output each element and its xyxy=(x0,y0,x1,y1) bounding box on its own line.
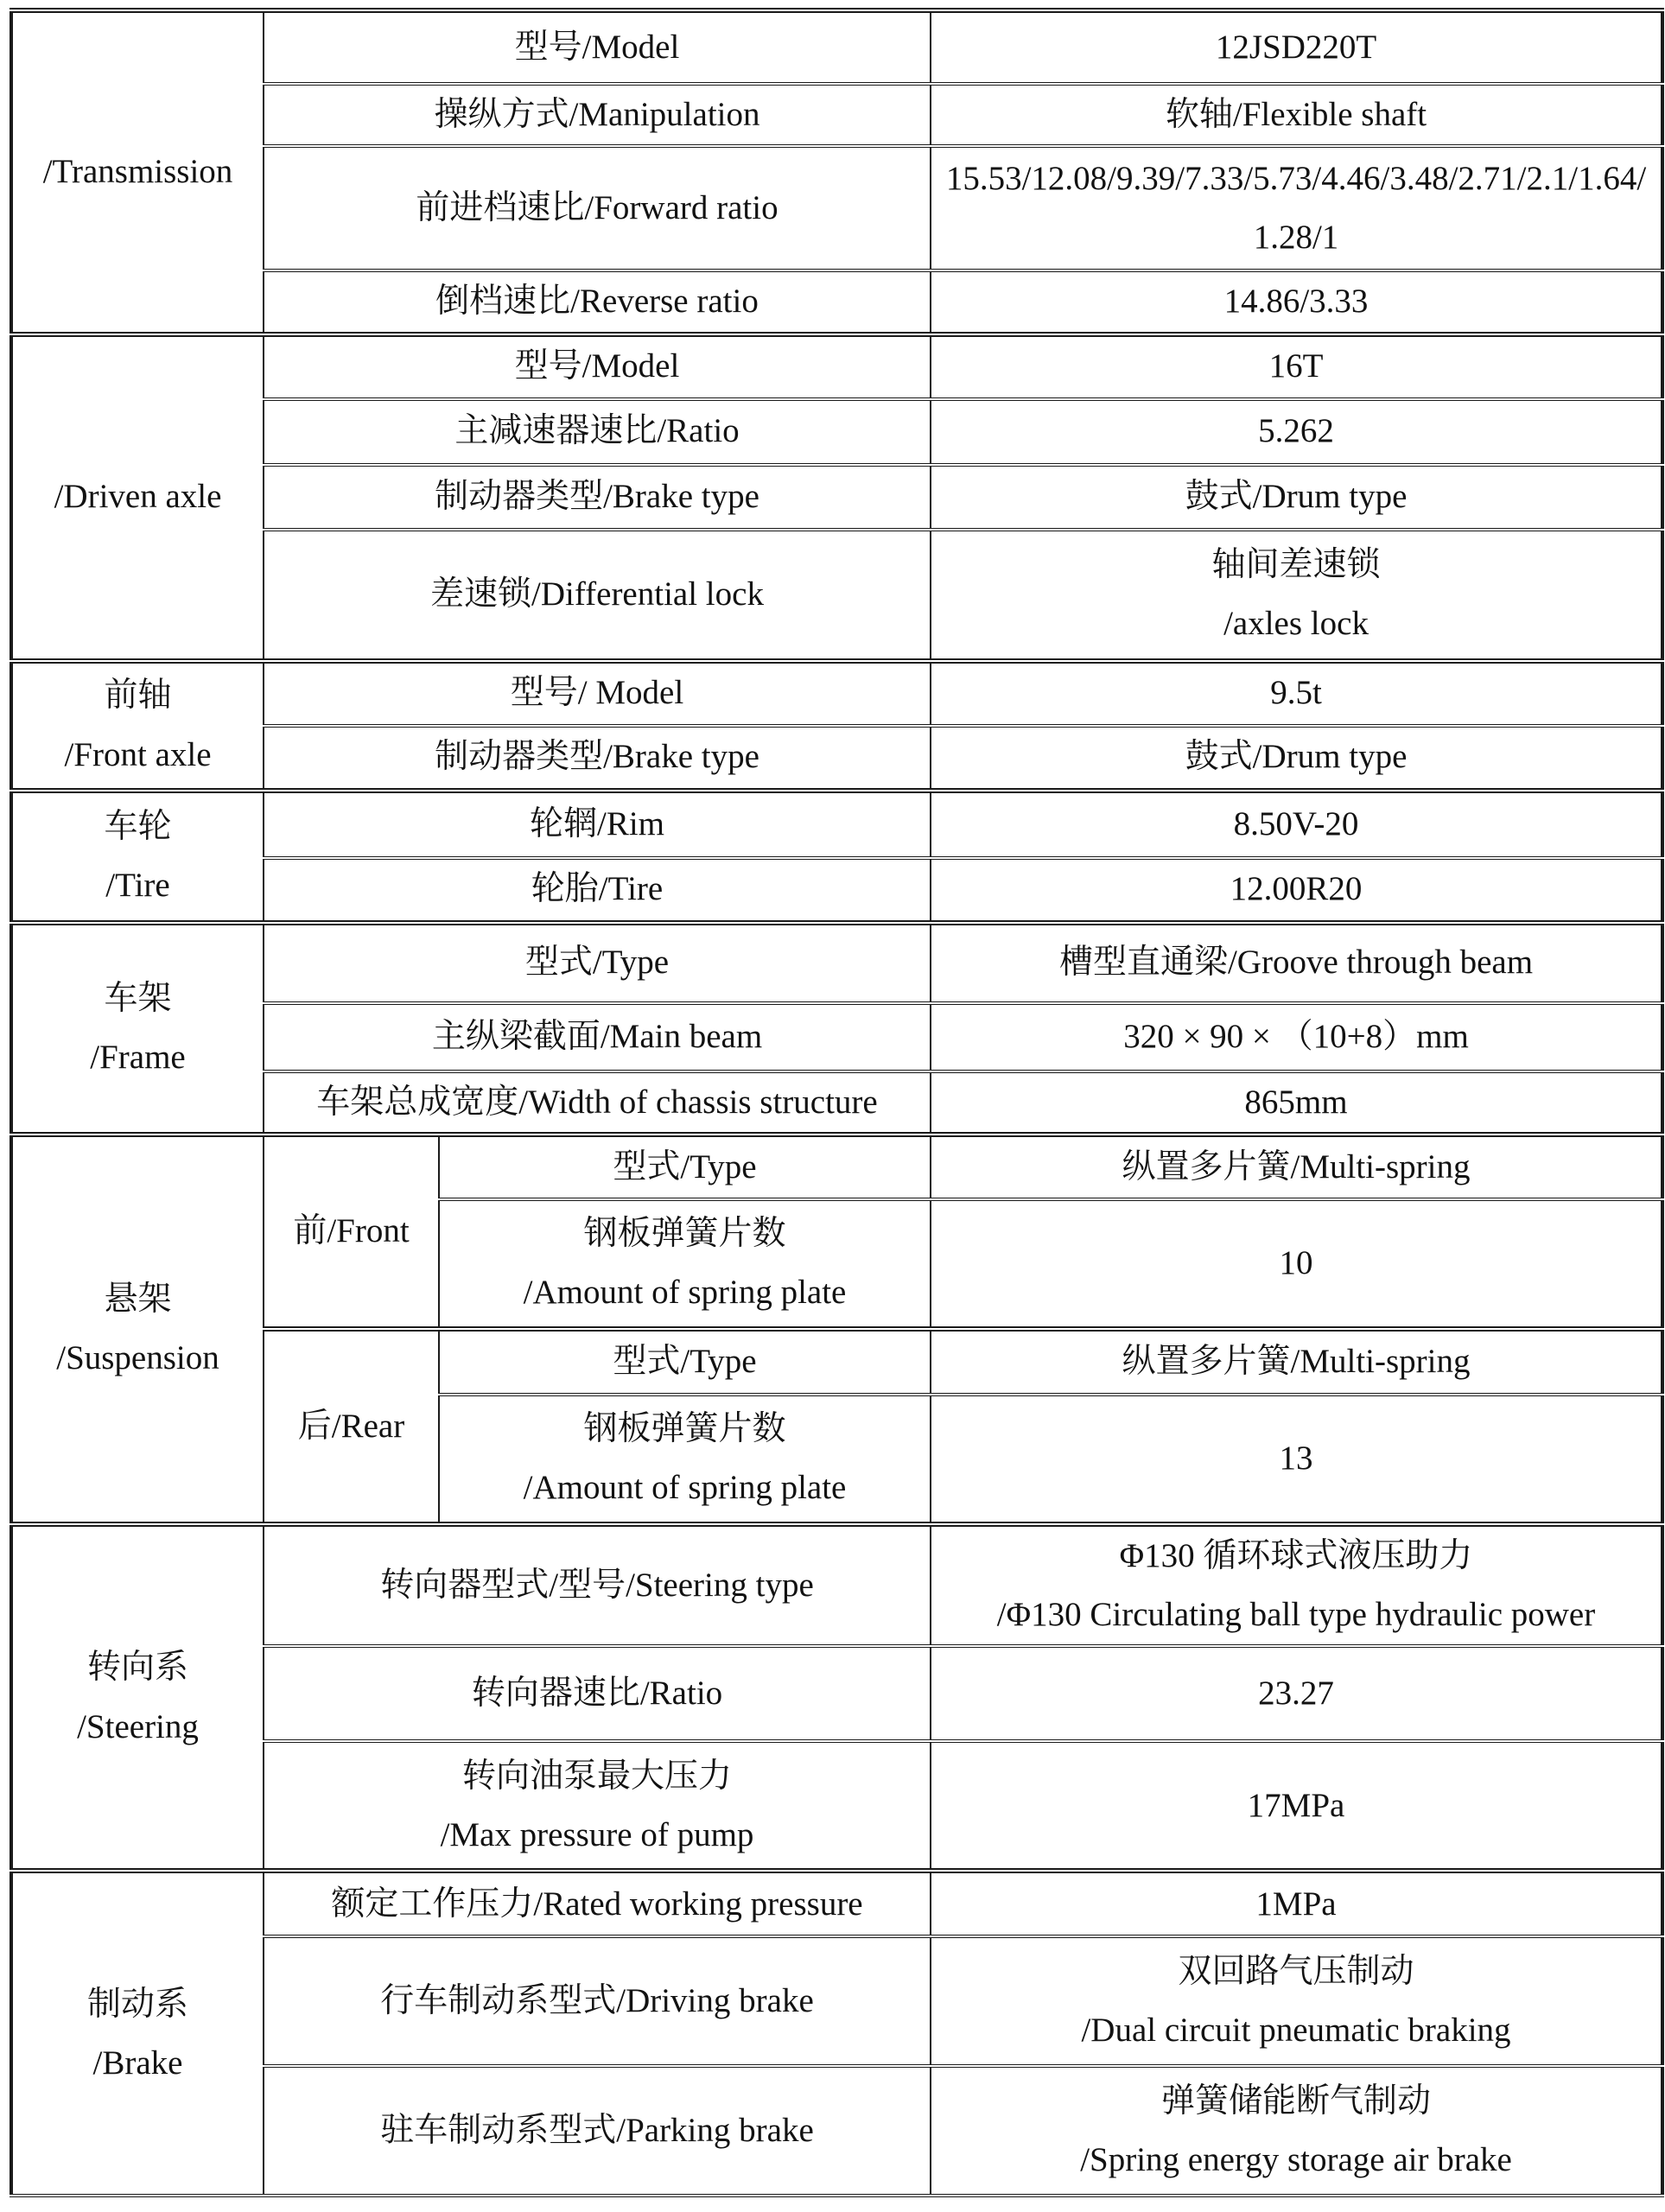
value-brake-driving-brake: 双回路气压制动 /Dual circuit pneumatic braking xyxy=(931,1936,1662,2066)
param-tire-tire: 轮胎/Tire xyxy=(264,858,931,923)
param-steering-max-pump-pressure: 转向油泵最大压力 /Max pressure of pump xyxy=(264,1741,931,1871)
param-transmission-model: 型号/Model xyxy=(264,10,931,84)
subcategory-suspension-front: 前/Front xyxy=(264,1135,439,1329)
param-frame-type: 型式/Type xyxy=(264,923,931,1003)
spec-table: /Transmission 型号/Model 12JSD220T 操纵方式/Ma… xyxy=(10,8,1664,2197)
value-front-axle-brake-type: 鼓式/Drum type xyxy=(931,726,1662,791)
param-transmission-manipulation: 操纵方式/Manipulation xyxy=(264,84,931,146)
category-tire: 车轮 /Tire xyxy=(11,791,264,923)
param-driven-axle-ratio: 主减速器速比/Ratio xyxy=(264,399,931,465)
value-suspension-front-type: 纵置多片簧/Multi-spring xyxy=(931,1135,1662,1199)
value-transmission-reverse-ratio: 14.86/3.33 xyxy=(931,270,1662,334)
value-frame-chassis-width: 865mm xyxy=(931,1071,1662,1135)
category-front-axle: 前轴 /Front axle xyxy=(11,661,264,791)
value-suspension-front-spring-plates: 10 xyxy=(931,1199,1662,1329)
value-transmission-model: 12JSD220T xyxy=(931,10,1662,84)
param-suspension-rear-spring-plates: 钢板弹簧片数 /Amount of spring plate xyxy=(439,1395,931,1524)
value-driven-axle-ratio: 5.262 xyxy=(931,399,1662,465)
param-transmission-forward-ratio: 前进档速比/Forward ratio xyxy=(264,146,931,270)
category-suspension: 悬架 /Suspension xyxy=(11,1135,264,1524)
param-suspension-front-type: 型式/Type xyxy=(439,1135,931,1199)
param-driven-axle-differential-lock: 差速锁/Differential lock xyxy=(264,530,931,661)
param-steering-ratio: 转向器速比/Ratio xyxy=(264,1646,931,1741)
category-transmission: /Transmission xyxy=(11,10,264,334)
value-tire-rim: 8.50V-20 xyxy=(931,791,1662,858)
value-transmission-forward-ratio: 15.53/12.08/9.39/7.33/5.73/4.46/3.48/2.7… xyxy=(931,146,1662,270)
param-brake-driving-brake: 行车制动系型式/Driving brake xyxy=(264,1936,931,2066)
subcategory-suspension-rear: 后/Rear xyxy=(264,1329,439,1524)
value-front-axle-model: 9.5t xyxy=(931,661,1662,726)
value-frame-type: 槽型直通梁/Groove through beam xyxy=(931,923,1662,1003)
category-driven-axle: /Driven axle xyxy=(11,334,264,661)
param-front-axle-brake-type: 制动器类型/Brake type xyxy=(264,726,931,791)
param-frame-main-beam: 主纵梁截面/Main beam xyxy=(264,1003,931,1071)
value-driven-axle-differential-lock: 轴间差速锁 /axles lock xyxy=(931,530,1662,661)
param-transmission-reverse-ratio: 倒档速比/Reverse ratio xyxy=(264,270,931,334)
value-tire-tire: 12.00R20 xyxy=(931,858,1662,923)
param-steering-type: 转向器型式/型号/Steering type xyxy=(264,1524,931,1647)
param-brake-rated-pressure: 额定工作压力/Rated working pressure xyxy=(264,1871,931,1936)
value-frame-main-beam: 320 × 90 × （10+8）mm xyxy=(931,1003,1662,1071)
value-steering-ratio: 23.27 xyxy=(931,1646,1662,1741)
value-brake-rated-pressure: 1MPa xyxy=(931,1871,1662,1936)
param-tire-rim: 轮辋/Rim xyxy=(264,791,931,858)
value-transmission-manipulation: 软轴/Flexible shaft xyxy=(931,84,1662,146)
category-frame: 车架 /Frame xyxy=(11,923,264,1135)
category-steering: 转向系 /Steering xyxy=(11,1524,264,1872)
value-steering-type: Φ130 循环球式液压助力 /Φ130 Circulating ball typ… xyxy=(931,1524,1662,1647)
param-driven-axle-brake-type: 制动器类型/Brake type xyxy=(264,465,931,530)
param-brake-parking-brake: 驻车制动系型式/Parking brake xyxy=(264,2066,931,2196)
value-driven-axle-brake-type: 鼓式/Drum type xyxy=(931,465,1662,530)
param-suspension-front-spring-plates: 钢板弹簧片数 /Amount of spring plate xyxy=(439,1199,931,1329)
value-brake-parking-brake: 弹簧储能断气制动 /Spring energy storage air brak… xyxy=(931,2066,1662,2196)
param-suspension-rear-type: 型式/Type xyxy=(439,1329,931,1395)
param-driven-axle-model: 型号/Model xyxy=(264,334,931,399)
value-driven-axle-model: 16T xyxy=(931,334,1662,399)
value-steering-max-pump-pressure: 17MPa xyxy=(931,1741,1662,1871)
value-suspension-rear-spring-plates: 13 xyxy=(931,1395,1662,1524)
value-suspension-rear-type: 纵置多片簧/Multi-spring xyxy=(931,1329,1662,1395)
category-brake: 制动系 /Brake xyxy=(11,1871,264,2196)
document-page: /Transmission 型号/Model 12JSD220T 操纵方式/Ma… xyxy=(0,0,1665,2212)
param-frame-chassis-width: 车架总成宽度/Width of chassis structure xyxy=(264,1071,931,1135)
param-front-axle-model: 型号/ Model xyxy=(264,661,931,726)
